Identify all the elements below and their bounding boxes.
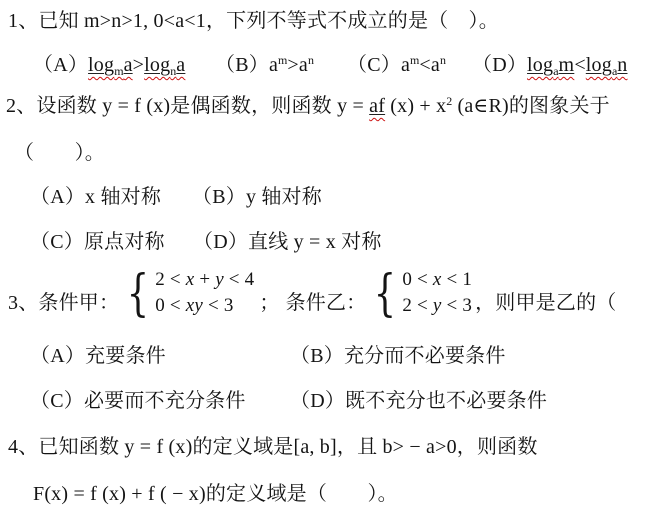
question-3-options-row-2: （C）必要而不充分条件（D）既不充分也不必要条件 <box>30 387 547 415</box>
power-base: a <box>431 54 440 76</box>
q3-option-a: （A）充要条件 <box>30 342 290 370</box>
q1-option-b: （B）am>an <box>215 51 347 79</box>
stem-text: 已知函数 y = f (x)的定义域是[a, b]，且 b> − a>0，则函数 <box>38 436 537 458</box>
option-text: 充要条件 <box>85 345 166 367</box>
option-label: （D） <box>472 54 527 76</box>
inequality-system-yi: { 0 < x < 1 2 < y < 3 <box>369 266 472 320</box>
power-base: a <box>299 54 308 76</box>
q2-option-c: （C）原点对称 <box>30 228 193 256</box>
stem-text: (x) + x <box>385 95 446 117</box>
q3-option-c: （C）必要而不充分条件 <box>30 387 290 415</box>
relation-symbol: > <box>287 54 298 76</box>
relation-symbol: < <box>574 54 585 76</box>
option-text: x 轴对称 <box>85 186 161 208</box>
superscript: n <box>308 53 314 67</box>
question-2-answer-blank: （ ）。 <box>14 139 105 167</box>
stem-text: F(x) = f (x) + f ( − x)的定义域是（ ）。 <box>33 483 398 505</box>
option-text: 必要而不充分条件 <box>84 390 246 412</box>
question-1-stem: 1、已知 m>n>1, 0<a<1，下列不等式不成立的是（ ）。 <box>8 7 499 35</box>
log-argument: a <box>124 54 133 76</box>
exam-document-page: 1、已知 m>n>1, 0<a<1，下列不等式不成立的是（ ）。 （A）logm… <box>0 0 646 511</box>
superscript: m <box>278 53 287 67</box>
option-label: （D） <box>193 231 248 253</box>
option-label: （A） <box>30 345 85 367</box>
left-brace: { <box>374 266 396 320</box>
option-label: （A） <box>30 186 85 208</box>
question-3-stem: 3、 条件甲： { 2 < x + y < 4 0 < xy < 3 ； 条件乙… <box>8 264 646 322</box>
system-row: 2 < x + y < 4 <box>155 267 254 293</box>
q3-option-b: （B）充分而不必要条件 <box>290 342 506 370</box>
option-label: （A） <box>33 54 88 76</box>
question-4-stem-line-2: F(x) = f (x) + f ( − x)的定义域是（ ）。 <box>33 480 398 508</box>
misspelled-formula: logma <box>88 54 133 76</box>
system-row: 0 < xy < 3 <box>155 293 254 319</box>
relation-symbol: > <box>133 54 144 76</box>
log-argument: n <box>617 54 627 76</box>
question-2-number: 2、 <box>6 95 36 117</box>
stem-text: ，则甲是乙的（ ）。 <box>475 286 646 315</box>
superscript: n <box>440 53 446 67</box>
log-argument: m <box>559 54 575 76</box>
superscript: m <box>410 53 419 67</box>
question-3-options-row-1: （A）充要条件（B）充分而不必要条件 <box>30 342 506 370</box>
semicolon: ； <box>259 286 279 315</box>
q2-option-d: （D）直线 y = x 对称 <box>193 228 382 256</box>
option-text: 既不充分也不必要条件 <box>345 390 547 412</box>
log-argument: a <box>176 54 185 76</box>
question-4-stem-line-1: 4、已知函数 y = f (x)的定义域是[a, b]，且 b> − a>0，则… <box>8 433 538 461</box>
condition-jia-label: 条件甲： <box>38 286 119 315</box>
stem-text: (a∈R)的图象关于 <box>452 95 610 117</box>
option-label: （D） <box>290 390 345 412</box>
option-label: （B） <box>192 186 246 208</box>
misspelled-term: af <box>369 95 385 117</box>
condition-yi-label: 条件乙： <box>286 286 367 315</box>
relation-symbol: < <box>419 54 430 76</box>
q1-option-a: （A）logma>logna <box>33 51 215 79</box>
question-1-number: 1、 <box>8 10 38 32</box>
option-label: （C） <box>30 231 84 253</box>
question-1-text: 已知 m>n>1, 0<a<1，下列不等式不成立的是（ ）。 <box>38 10 499 32</box>
left-brace: { <box>127 266 149 320</box>
q2-option-a: （A）x 轴对称 <box>30 183 192 211</box>
misspelled-formula: logna <box>144 54 185 76</box>
answer-parentheses: （ ）。 <box>14 142 105 164</box>
q2-option-b: （B）y 轴对称 <box>192 183 322 211</box>
option-label: （C） <box>30 390 84 412</box>
option-label: （B） <box>215 54 269 76</box>
log-symbol: log <box>586 54 612 76</box>
question-2-options-row-2: （C）原点对称（D）直线 y = x 对称 <box>30 228 382 256</box>
system-row: 2 < y < 3 <box>402 293 472 319</box>
system-rows: 0 < x < 1 2 < y < 3 <box>402 267 472 319</box>
option-text: 充分而不必要条件 <box>344 345 506 367</box>
q1-option-d: （D）logam<logan <box>472 51 628 79</box>
question-1-options: （A）logma>logna （B）am>an （C）am<an （D）loga… <box>33 51 628 79</box>
log-symbol: log <box>88 54 114 76</box>
q3-option-d: （D）既不充分也不必要条件 <box>290 387 547 415</box>
option-text: 原点对称 <box>84 231 165 253</box>
question-4-number: 4、 <box>8 436 38 458</box>
q1-option-c: （C）am<an <box>347 51 472 79</box>
misspelled-formula: logan <box>586 54 628 76</box>
question-2-options-row-1: （A）x 轴对称（B）y 轴对称 <box>30 183 322 211</box>
inequality-system-jia: { 2 < x + y < 4 0 < xy < 3 <box>122 266 254 320</box>
log-symbol: log <box>527 54 553 76</box>
power-base: a <box>401 54 410 76</box>
misspelled-formula: logam <box>527 54 574 76</box>
system-rows: 2 < x + y < 4 0 < xy < 3 <box>155 267 254 319</box>
power-base: a <box>269 54 278 76</box>
stem-text: 设函数 y = f (x)是偶函数，则函数 y = <box>36 95 369 117</box>
question-2-stem: 2、设函数 y = f (x)是偶函数，则函数 y = af (x) + x2 … <box>6 92 610 120</box>
option-label: （C） <box>347 54 401 76</box>
system-row: 0 < x < 1 <box>402 267 472 293</box>
subscript: m <box>114 64 123 78</box>
option-label: （B） <box>290 345 344 367</box>
option-text: y 轴对称 <box>246 186 322 208</box>
question-3-number: 3、 <box>8 286 38 315</box>
log-symbol: log <box>144 54 170 76</box>
option-text: 直线 y = x 对称 <box>248 231 381 253</box>
